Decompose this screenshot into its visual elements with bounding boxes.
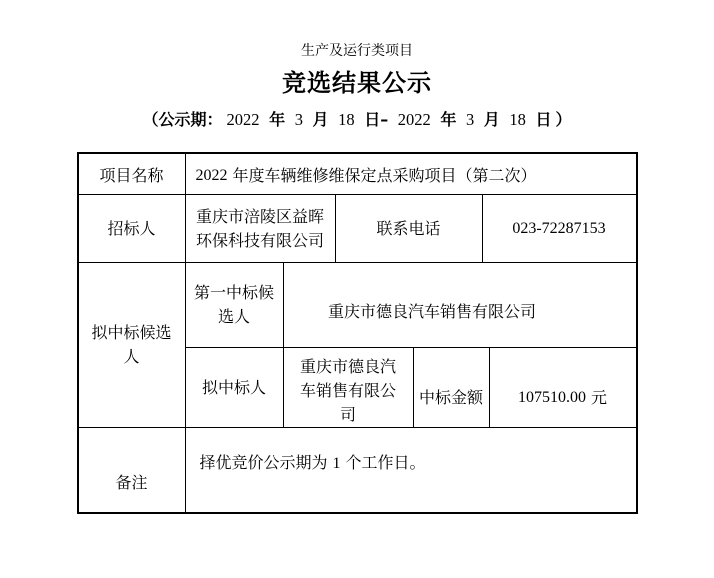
proposed-winner-label-cell: 拟中标人 [186, 348, 283, 427]
period-start-month: 3 [295, 110, 303, 129]
project-year: 2022 [196, 164, 228, 188]
award-amount-value: 107510.00 [518, 386, 586, 410]
proposed-winner-name-cell: 重庆市德良汽车销售有限公司 [283, 348, 413, 427]
first-candidate-name: 重庆市德良汽车销售有限公司 [328, 300, 536, 324]
result-table: 项目名称 2022 年度车辆维修维保定点采购项目（第二次） 招标人 重庆市涪陵区… [77, 152, 638, 514]
period-dash: – [380, 110, 388, 129]
publicity-period-line: （公示期：2022 年 3 月 18 日– 2022 年 3 月 18 日） [0, 110, 714, 129]
tenderer-name: 重庆市涪陵区益晖环保科技有限公司 [194, 205, 327, 253]
period-label: （公示期： [143, 110, 223, 129]
period-close-paren: ） [555, 110, 571, 129]
period-start-year: 2022 [227, 110, 260, 129]
period-start-month-unit: 月 [313, 110, 329, 129]
remark-content-cell: 择优竞价公示期为1个工作日。 [185, 428, 636, 512]
proposed-winner-row: 拟中标人 重庆市德良汽车销售有限公司 中标金额 107510.00 元 [186, 347, 636, 427]
page-title: 竞选结果公示 [0, 69, 714, 96]
tenderer-row: 招标人 重庆市涪陵区益晖环保科技有限公司 联系电话 023-72287153 [79, 194, 636, 262]
candidates-label-cell: 拟中标候选人 [79, 263, 185, 427]
contact-phone-label: 联系电话 [376, 217, 440, 241]
proposed-winner-name: 重庆市德良汽车销售有限公司 [293, 355, 404, 427]
period-start-year-unit: 年 [269, 110, 285, 129]
tenderer-name-cell: 重庆市涪陵区益晖环保科技有限公司 [185, 195, 335, 262]
candidates-row: 拟中标候选人 第一中标候选人 重庆市德良汽车销售有限公司 拟中标人 [79, 262, 636, 427]
first-candidate-row: 第一中标候选人 重庆市德良汽车销售有限公司 [186, 263, 636, 347]
period-end-month: 3 [466, 110, 474, 129]
award-amount-value-cell: 107510.00 元 [489, 348, 636, 427]
award-amount-unit: 元 [591, 386, 607, 410]
period-start-day: 18 [338, 110, 355, 129]
remark-label-cell: 备注 [79, 428, 185, 512]
period-end-day: 18 [509, 110, 526, 129]
contact-phone-label-cell: 联系电话 [335, 195, 482, 262]
remark-text-before: 择优竞价公示期为 [200, 453, 328, 472]
tenderer-label-cell: 招标人 [79, 195, 185, 262]
first-candidate-name-cell: 重庆市德良汽车销售有限公司 [283, 263, 636, 347]
first-candidate-label: 第一中标候选人 [194, 281, 275, 329]
period-end-year: 2022 [398, 110, 431, 129]
remark-row: 备注 择优竞价公示期为1个工作日。 [79, 427, 636, 512]
first-candidate-label-cell: 第一中标候选人 [186, 263, 283, 347]
project-name-label-cell: 项目名称 [79, 154, 185, 194]
announcement-document: 生产及运行类项目 竞选结果公示 （公示期：2022 年 3 月 18 日– 20… [0, 0, 714, 578]
period-end-year-unit: 年 [440, 110, 456, 129]
project-name-value-cell: 2022 年度车辆维修维保定点采购项目（第二次） [185, 154, 636, 194]
period-start-day-unit: 日 [364, 110, 380, 129]
project-name-value: 年度车辆维修维保定点采购项目（第二次） [233, 164, 537, 188]
award-amount-label: 中标金额 [419, 386, 483, 410]
period-end-day-unit: 日 [535, 110, 551, 129]
period-end-month-unit: 月 [484, 110, 500, 129]
award-amount-label-cell: 中标金额 [413, 348, 489, 427]
tenderer-label: 招标人 [107, 217, 155, 241]
project-name-label: 项目名称 [99, 164, 163, 188]
candidates-detail: 第一中标候选人 重庆市德良汽车销售有限公司 拟中标人 重庆市德良汽车销售有限公司… [185, 263, 636, 427]
contact-phone-value: 023-72287153 [512, 217, 605, 241]
proposed-winner-label: 拟中标人 [202, 376, 266, 400]
remark-label: 备注 [115, 471, 147, 495]
candidates-label: 拟中标候选人 [91, 321, 173, 369]
contact-phone-value-cell: 023-72287153 [482, 195, 636, 262]
category-line: 生产及运行类项目 [0, 0, 714, 59]
remark-number: 1 [333, 455, 341, 472]
project-name-row: 项目名称 2022 年度车辆维修维保定点采购项目（第二次） [79, 154, 636, 194]
remark-text-after: 个工作日。 [346, 453, 426, 472]
